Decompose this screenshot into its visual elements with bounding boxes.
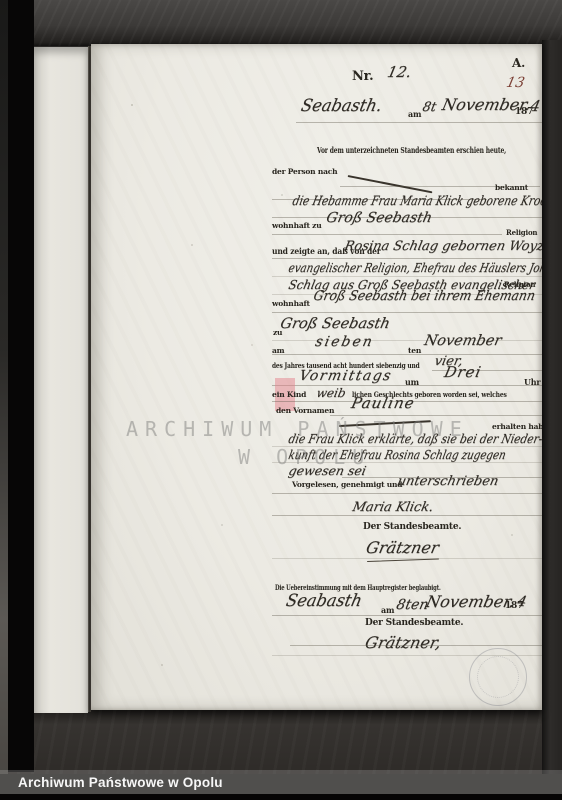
declarant-residence: Groß Seebasth — [325, 211, 433, 225]
mother-residence: Groß Seebasth bei ihrem Ehemann — [312, 290, 536, 304]
register-page: Nr. 12. A. 13 Seabasth. am 8t November. … — [91, 44, 542, 710]
form-rule — [272, 615, 542, 616]
paper-speckles — [131, 104, 133, 106]
form-rule — [272, 558, 542, 559]
folio-number: 13 — [505, 76, 526, 90]
form-rule — [290, 645, 542, 646]
gender-word: weib — [315, 387, 346, 399]
archive-caption: Archiwum Państwowe w Opolu — [18, 775, 223, 790]
registrar-signature-1: Grätzner — [365, 540, 441, 556]
corner-letter: A. — [512, 57, 525, 69]
mother-name: Rosina Schlag gebornen Woyzik — [343, 240, 542, 253]
cert-year-hand: 4 — [516, 595, 528, 609]
form-rule — [272, 515, 542, 516]
erhalten-label: erhalten habe — [492, 423, 542, 431]
archive-watermark-line2: W OPOLU — [238, 445, 371, 469]
time-of-day: Vormittags — [298, 369, 393, 383]
form-rule — [330, 415, 542, 416]
mother-detail-1: evangelischer Religion, Ehefrau des Häus… — [287, 262, 542, 275]
vornamen-label: den Vornamen — [276, 407, 334, 415]
dateline-day: 8t — [421, 101, 437, 114]
form-rule — [272, 234, 502, 235]
registrar-title-1: Der Standesbeamte. — [363, 523, 461, 532]
bekannt-label: bekannt — [495, 184, 528, 192]
background-left-edge — [0, 0, 8, 774]
cert-am-label: am — [381, 606, 394, 614]
left-page-edge — [34, 47, 88, 713]
archive-watermark-line1: ARCHIWUM PAŃSTWOWE — [126, 417, 469, 441]
nr-value: 12. — [386, 65, 413, 80]
birth-day: sieben — [314, 335, 375, 349]
form-rule — [296, 122, 542, 123]
intro-line: Vor dem unterzeichneten Standesbeamten e… — [317, 146, 506, 154]
dateline-place: Seabasth. — [299, 98, 383, 115]
registrar-signature-2: Grätzner, — [364, 635, 443, 651]
ein-kind-label: ein Kind — [272, 391, 306, 399]
book-shadow-bottom — [0, 708, 562, 774]
person-nach-label: der Person nach — [272, 168, 337, 176]
birth-place: Groß Seebasth — [279, 317, 391, 332]
form-rule — [272, 385, 542, 386]
wohnhaft-label: wohnhaft — [272, 300, 310, 308]
cert-month: November. — [425, 594, 516, 610]
birth-month: November — [423, 334, 503, 349]
declarant-signature: Maria Klick. — [351, 501, 434, 514]
religion-label-2: Religion — [504, 281, 535, 288]
form-rule — [272, 493, 542, 494]
form-rule — [272, 258, 542, 259]
round-archive-stamp — [469, 648, 527, 706]
book-spine-bar — [8, 0, 34, 772]
dateline-year-hand: 4 — [529, 99, 542, 114]
caption-bar: Archiwum Państwowe w Opolu — [0, 770, 562, 794]
signature-underline — [367, 558, 439, 562]
unterschrieben-word: unterschrieben — [396, 475, 499, 488]
page-right-background — [542, 40, 562, 774]
pen-stroke — [348, 175, 433, 193]
declarant-line: die Hebamme Frau Maria Klick geborene Kr… — [291, 195, 542, 208]
form-rule — [272, 354, 542, 355]
archive-scan-viewer: { "watermark": { "line1": "ARCHIWUM PAŃS… — [0, 0, 562, 800]
book-cover-top — [0, 0, 562, 46]
wohnhaft-zu-label: wohnhaft zu — [272, 222, 322, 230]
cert-place: Seabasth — [284, 593, 363, 610]
form-rule — [272, 312, 542, 313]
registrar-title-2: Der Standesbeamte. — [365, 619, 463, 628]
given-name: Pauline — [350, 396, 416, 411]
stamp-inner-ring — [477, 656, 519, 698]
dateline-am-label: am — [408, 110, 421, 118]
bottom-black-strip — [0, 794, 562, 800]
birth-hour: Drei — [443, 365, 483, 380]
religion-label-1: Religion — [506, 229, 537, 236]
nr-label: Nr. — [352, 70, 373, 83]
vorgelesen-label: Vorgelesen, genehmigt und — [292, 481, 402, 489]
